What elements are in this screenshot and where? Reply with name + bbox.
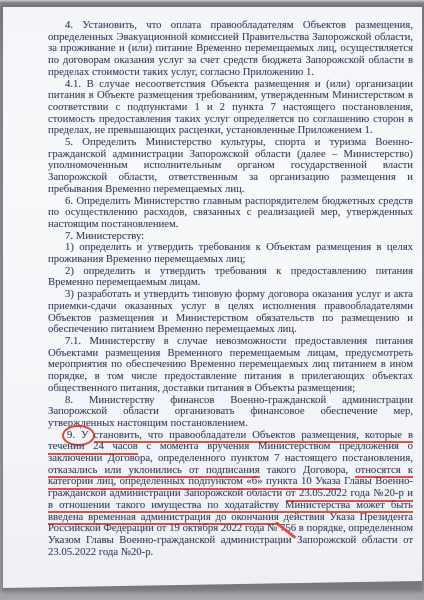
paragraph-7-subitem-3: 3) разработать и утвердить типовую форму… bbox=[48, 289, 413, 336]
paragraph-4: 4. Установить, что оплата правообладател… bbox=[48, 20, 413, 79]
paragraph-7-subitem-2: 2) определить и утвердить требования к п… bbox=[48, 266, 413, 289]
document-text-block: 4. Установить, что оплата правообладател… bbox=[3, 7, 422, 558]
paragraph-9: 9. Установить, что правообладатели Объек… bbox=[48, 430, 413, 559]
paragraph-9-text: такого Договора, bbox=[260, 464, 356, 476]
paragraph-7-1: 7.1. Министерству в случае невозможности… bbox=[48, 336, 413, 395]
paragraph-8: 8. Министерству финансов Военно-гражданс… bbox=[48, 395, 413, 430]
scanned-document-photo: 4. Установить, что оплата правообладател… bbox=[0, 0, 424, 600]
paragraph-7-subitem-1: 1) определить и утвердить требования к О… bbox=[48, 242, 413, 265]
paragraph-5: 5. Определить Министерство культуры, спо… bbox=[48, 137, 413, 196]
paragraph-6: 6. Определить Министерство главным распо… bbox=[48, 196, 413, 231]
paragraph-4-1: 4.1. В случае несоответствия Объекта раз… bbox=[48, 79, 413, 138]
document-page: 4. Установить, что оплата правообладател… bbox=[3, 7, 422, 588]
